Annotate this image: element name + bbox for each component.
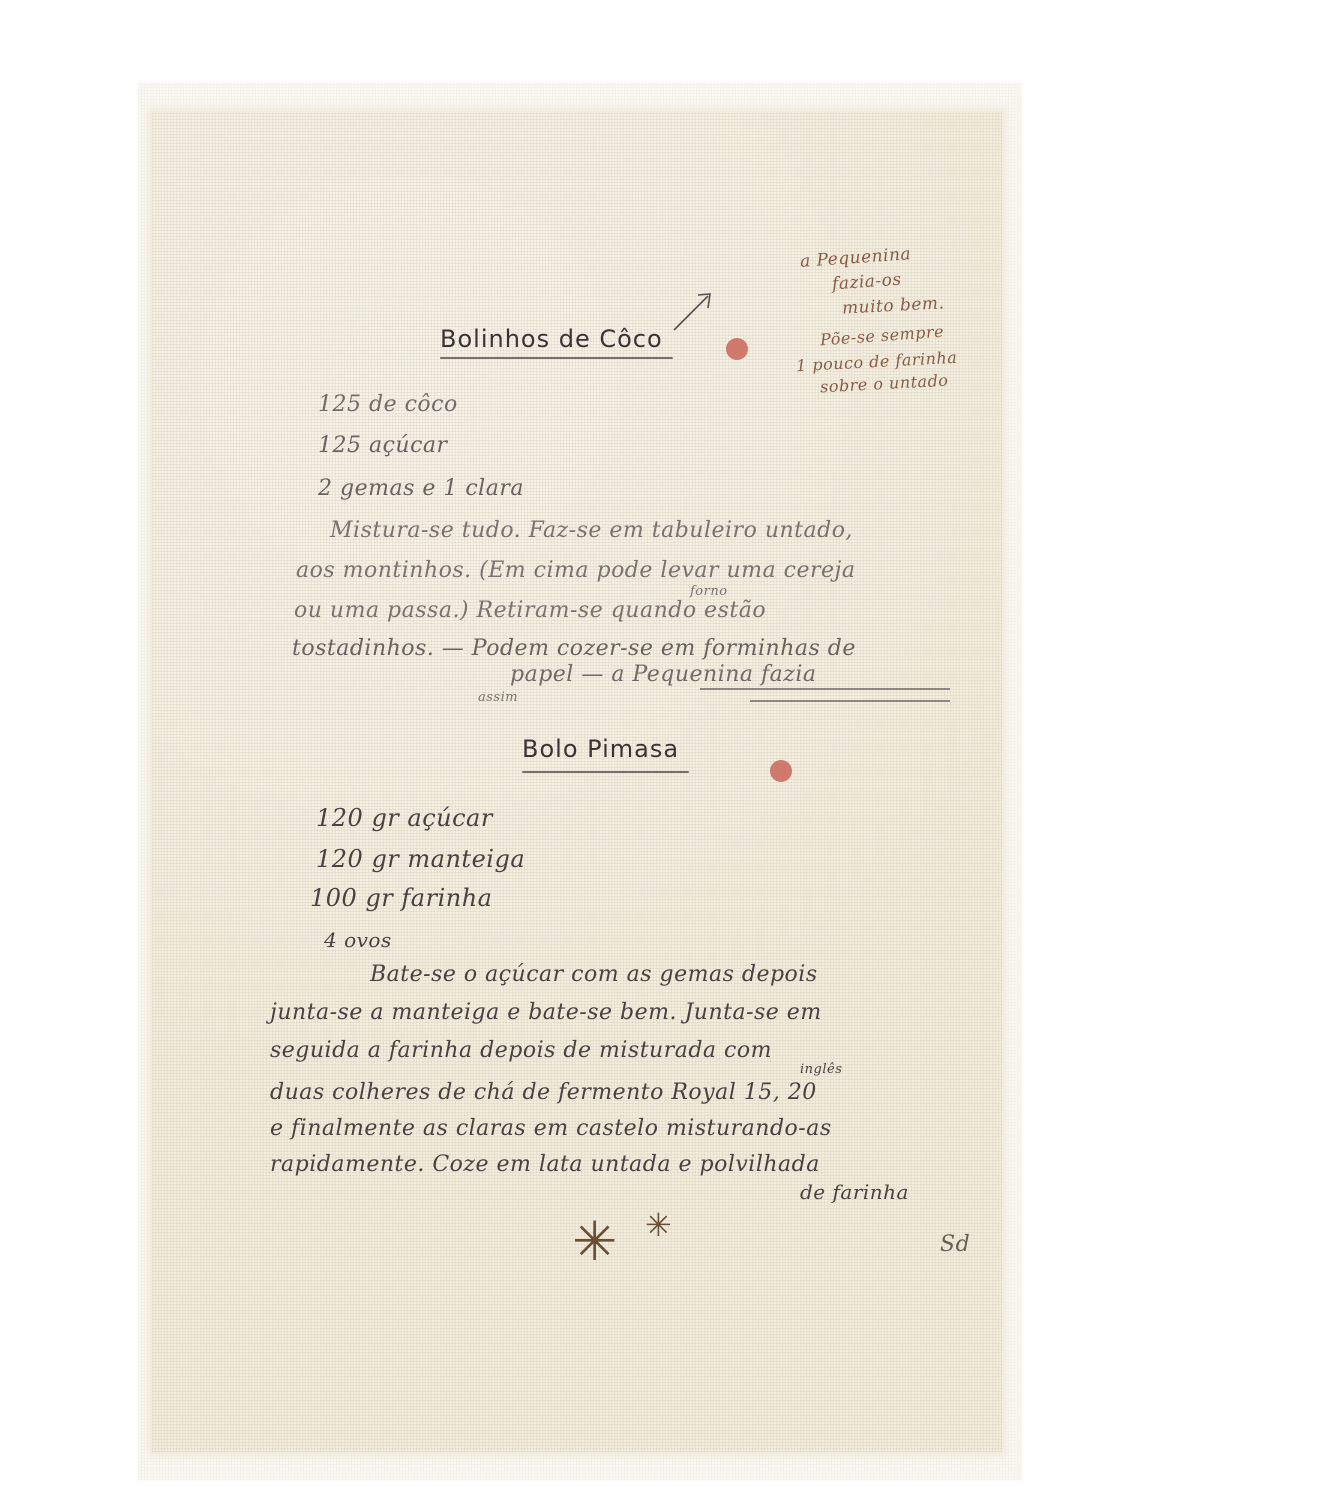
instruction-line: rapidamente. Coze em lata untada e polvi… xyxy=(270,1152,820,1177)
underline-stroke xyxy=(750,700,950,702)
inserted-word: inglês xyxy=(800,1062,842,1077)
recipe-2-title: Bolo Pimasa xyxy=(522,735,679,763)
ingredient-line: 120 gr manteiga xyxy=(316,845,525,873)
instruction-line: Bate-se o açúcar com as gemas depois xyxy=(370,962,818,987)
title-underline xyxy=(440,357,673,359)
title-underline xyxy=(522,771,689,773)
instruction-line: aos montinhos. (Em cima pode levar uma c… xyxy=(296,558,855,583)
instruction-line: duas colheres de chá de fermento Royal 1… xyxy=(270,1080,817,1105)
large-asterisk-icon: ✳ xyxy=(572,1210,617,1273)
ingredient-line: 100 gr farinha xyxy=(310,884,492,912)
underline-stroke xyxy=(700,688,950,690)
instruction-line: seguida a farinha depois de misturada co… xyxy=(270,1038,772,1063)
ingredient-line: 4 ovos xyxy=(324,928,392,952)
ingredient-line: 125 de côco xyxy=(318,392,458,417)
recipe-1-title: Bolinhos de Côco xyxy=(440,325,663,353)
instruction-line: junta-se a manteiga e bate-se bem. Junta… xyxy=(270,1000,822,1025)
instruction-line: tostadinhos. — Podem cozer-se em forminh… xyxy=(292,636,856,661)
ingredient-line: 120 gr açúcar xyxy=(316,804,493,832)
instruction-line: de farinha xyxy=(800,1180,909,1204)
instruction-line: Mistura-se tudo. Faz-se em tabuleiro unt… xyxy=(330,518,853,543)
ingredient-line: 125 açúcar xyxy=(318,433,448,458)
recipe-2-title-text: Bolo Pimasa xyxy=(522,735,679,763)
inserted-word: forno xyxy=(690,584,728,599)
ingredient-line: 2 gemas e 1 clara xyxy=(318,476,524,501)
small-asterisk-icon: ✳ xyxy=(645,1206,672,1244)
instruction-line: assim xyxy=(478,690,518,705)
signature: Sd xyxy=(940,1232,970,1257)
instruction-line: ou uma passa.) Retiram-se quando estão xyxy=(294,598,766,623)
red-dot-marker xyxy=(770,760,792,782)
arrow-icon xyxy=(668,288,718,334)
red-dot-marker xyxy=(726,338,748,360)
instruction-line: e finalmente as claras em castelo mistur… xyxy=(270,1116,832,1141)
instruction-line: papel — a Pequenina fazia xyxy=(510,662,817,687)
recipe-1-title-text: Bolinhos de Côco xyxy=(440,325,663,353)
